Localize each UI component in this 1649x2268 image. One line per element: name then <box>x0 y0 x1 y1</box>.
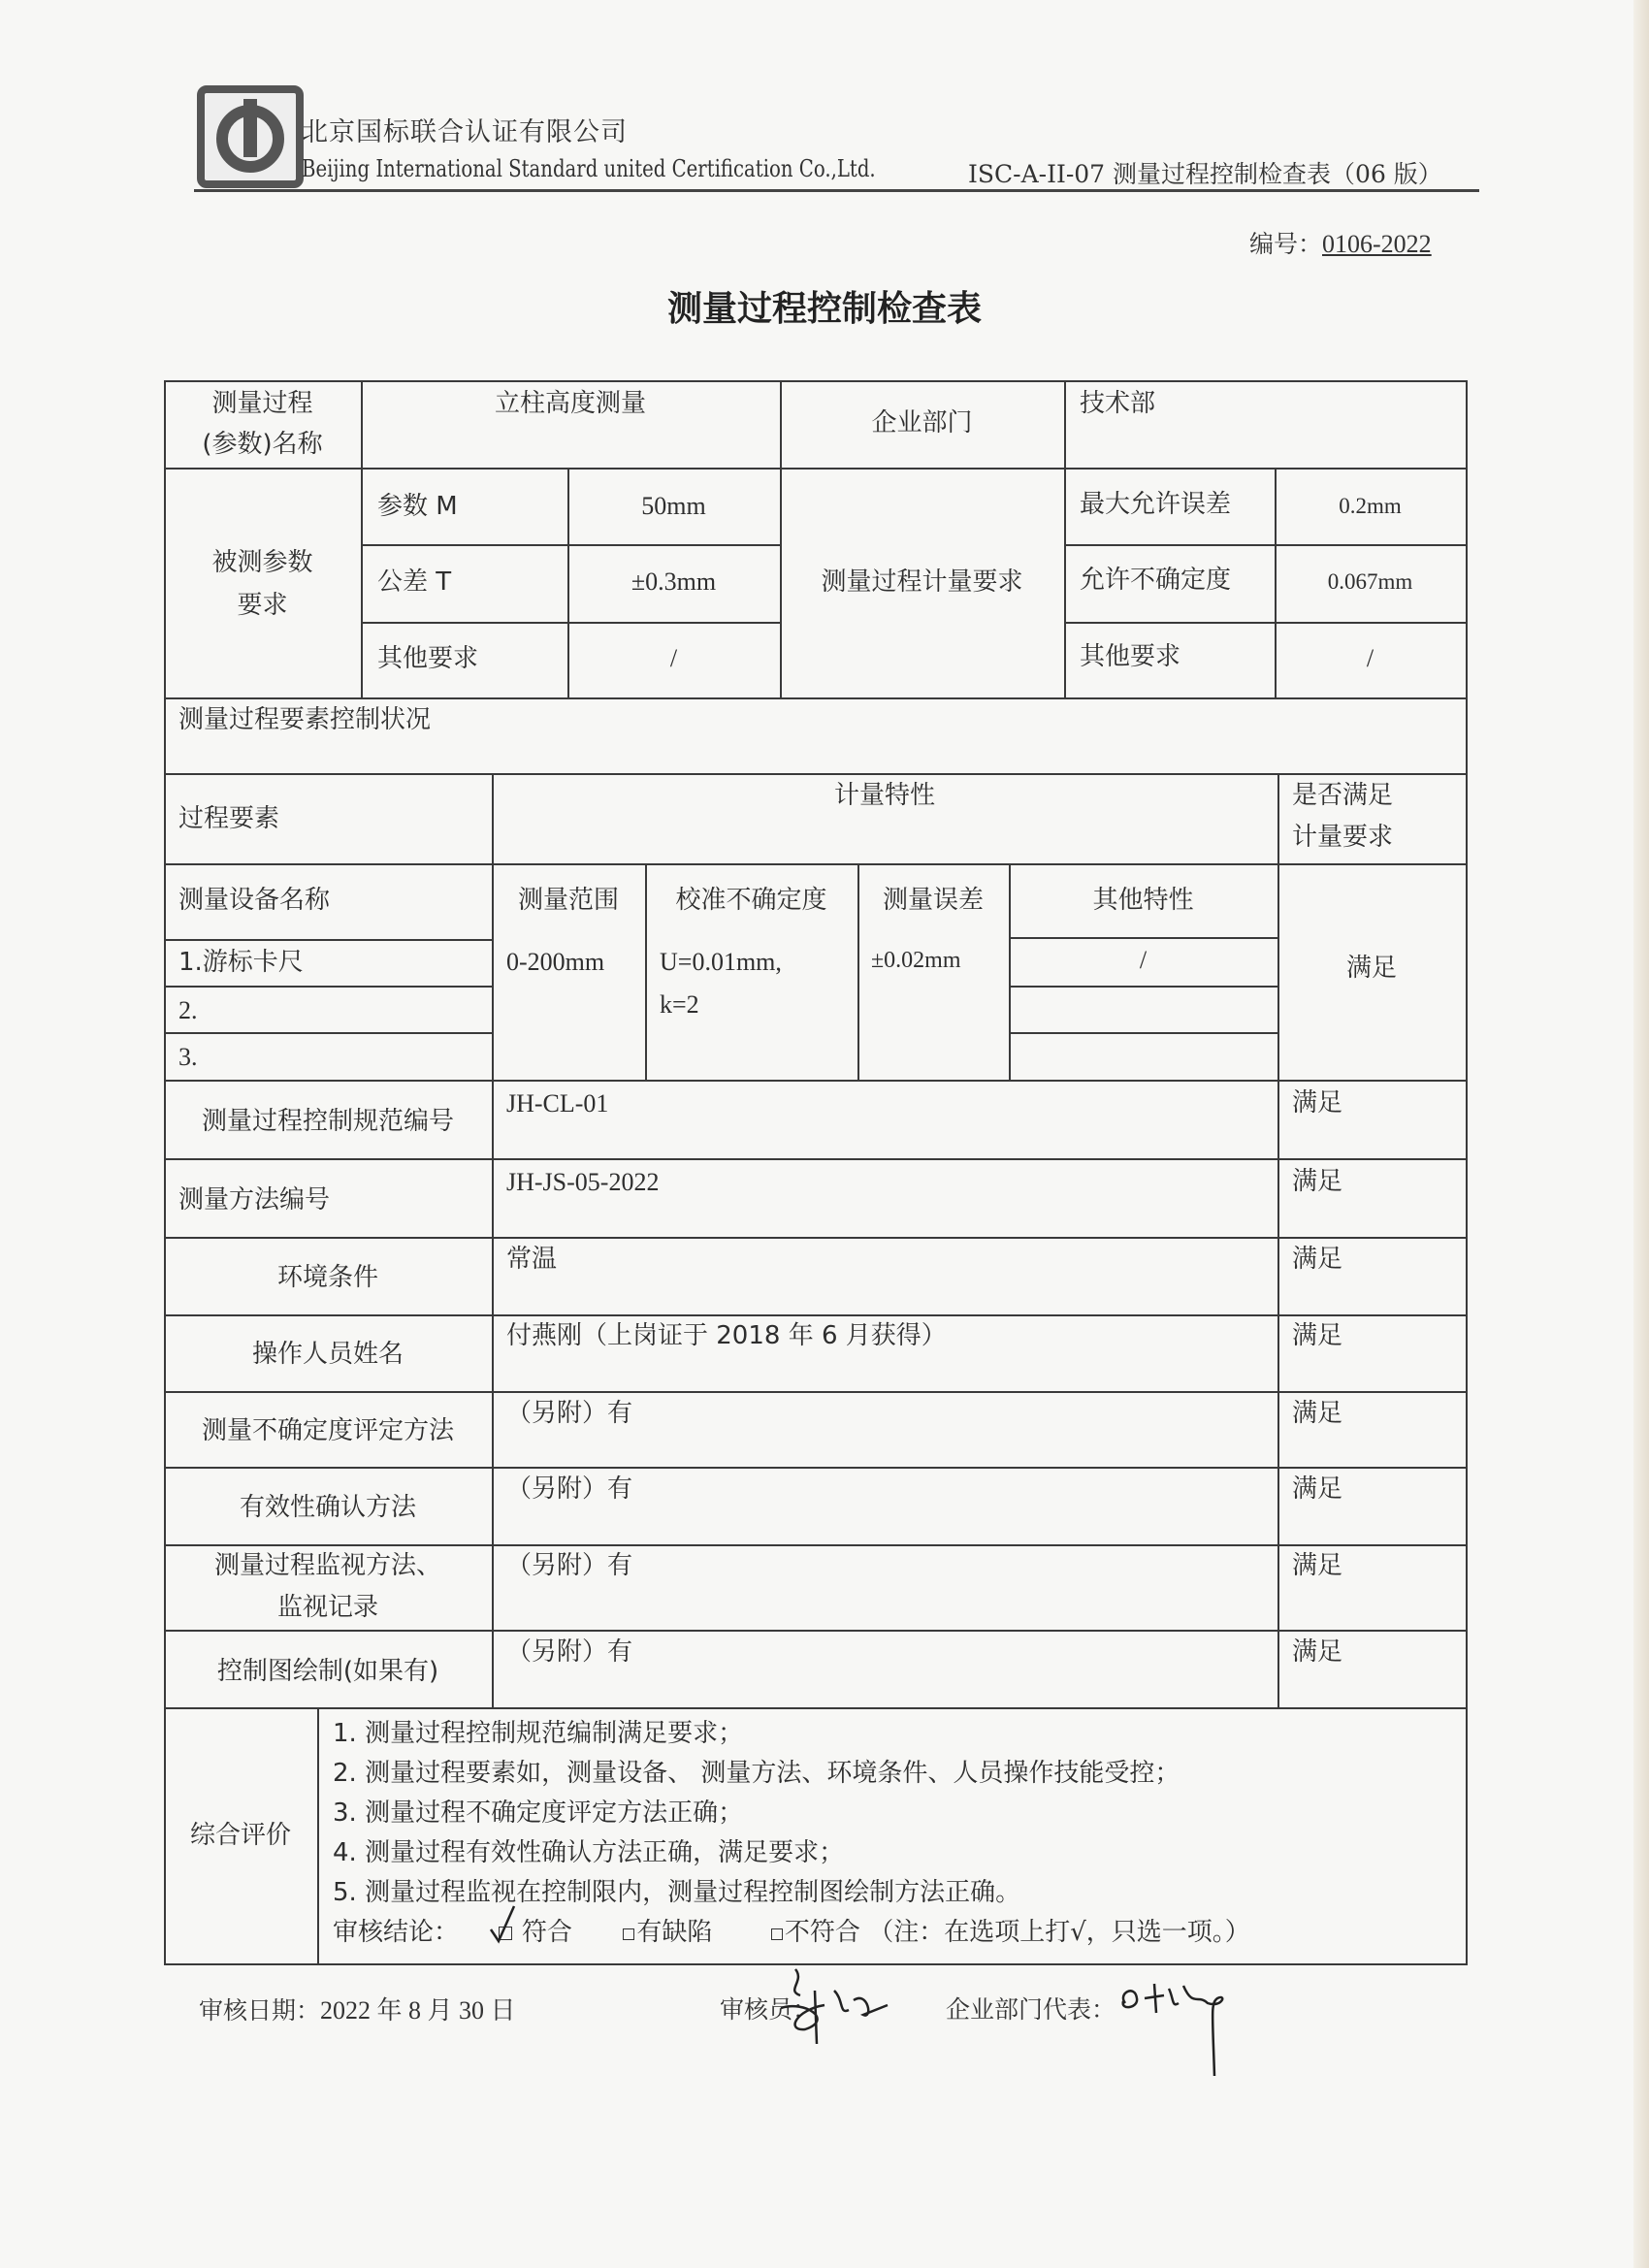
option-conform[interactable]: 符合 <box>499 1918 581 1947</box>
equipment-uncert-1: U=0.01mm, <box>660 943 782 982</box>
row-value: （另附）有 <box>506 1546 632 1585</box>
tolerance-label: 公差 T <box>377 563 451 601</box>
allowed-uncert-label: 允许不确定度 <box>1080 561 1231 599</box>
max-error-value: 0.2mm <box>1275 487 1466 526</box>
audit-date-label: 审核日期： <box>199 1996 320 2025</box>
audit-date: 审核日期：2022 年 8 月 30 日 <box>199 1991 516 2026</box>
doc-no-value: 0106-2022 <box>1322 230 1432 258</box>
option-nonconform[interactable]: 不符合 <box>771 1918 868 1947</box>
equipment-name: 2. <box>178 991 198 1030</box>
checkbox-icon[interactable] <box>771 1928 783 1940</box>
row-value: （另附）有 <box>506 1394 632 1433</box>
selection-note: （注：在选项上打√，只选一项。） <box>868 1918 1250 1947</box>
row-result: 满足 <box>1292 1240 1342 1279</box>
row-result: 满足 <box>1292 1162 1342 1201</box>
checkbox-icon[interactable] <box>623 1928 634 1940</box>
evaluation-item: 3. 测量过程不确定度评定方法正确； <box>333 1794 743 1832</box>
other-req2-value: / <box>1275 639 1466 678</box>
header-divider <box>194 189 1479 192</box>
page-title: 测量过程控制检查表 <box>0 281 1649 331</box>
row-result: 满足 <box>1292 1633 1342 1671</box>
process-name-label-2: (参数)名称 <box>164 425 361 464</box>
company-name-en: Beijing International Standard united Ce… <box>302 155 876 182</box>
dept-value: 技术部 <box>1080 384 1155 423</box>
auditor-signature-icon <box>776 1961 902 2049</box>
param-m-value: 50mm <box>567 487 780 526</box>
col-error: 测量误差 <box>857 881 1009 920</box>
tolerance-value: ±0.3mm <box>567 563 780 601</box>
process-name-value: 立柱高度测量 <box>361 384 780 423</box>
equipment-range: 0-200mm <box>506 943 604 982</box>
measured-param-label-2: 要求 <box>164 586 361 625</box>
row-value: 付燕刚（上岗证于 2018 年 6 月获得） <box>506 1316 947 1355</box>
col-calib-uncert: 校准不确定度 <box>645 881 857 920</box>
row-result: 满足 <box>1292 1084 1342 1122</box>
evaluation-item: 1. 测量过程控制规范编制满足要求； <box>333 1714 743 1753</box>
equipment-result: 满足 <box>1277 949 1466 988</box>
other-req-label: 其他要求 <box>377 639 478 678</box>
row-result: 满足 <box>1292 1316 1342 1355</box>
row-value: JH-CL-01 <box>506 1085 608 1123</box>
equipment-name: 1.游标卡尺 <box>178 943 304 982</box>
company-name-cn: 北京国标联合认证有限公司 <box>302 111 628 148</box>
row-label: 测量方法编号 <box>178 1181 330 1219</box>
process-element-label: 过程要素 <box>178 799 279 838</box>
document-number: 编号：0106-2022 <box>1249 225 1432 260</box>
control-status-section-label: 测量过程要素控制状况 <box>178 700 431 739</box>
row-value: （另附）有 <box>506 1633 632 1671</box>
equipment-other: / <box>1009 941 1277 980</box>
measured-param-label-1: 被测参数 <box>164 543 361 582</box>
row-label: 控制图绘制(如果有) <box>164 1652 492 1691</box>
scan-edge <box>1633 0 1649 2268</box>
evaluation-label: 综合评价 <box>164 1816 317 1855</box>
col-other: 其他特性 <box>1009 881 1277 920</box>
equipment-name: 3. <box>178 1038 198 1077</box>
conclusion-label: 审核结论： <box>333 1918 459 1947</box>
col-range: 测量范围 <box>492 881 645 920</box>
conclusion-row: 审核结论： 符合 有缺陷 不符合 （注：在选项上打√，只选一项。） <box>333 1913 1250 1952</box>
company-logo-icon <box>197 85 304 188</box>
evaluation-item: 2. 测量过程要素如，测量设备、 测量方法、环境条件、人员操作技能受控； <box>333 1754 1180 1793</box>
dept-label: 企业部门 <box>780 404 1064 442</box>
max-error-label: 最大允许误差 <box>1080 485 1231 524</box>
other-req2-label: 其他要求 <box>1080 637 1180 676</box>
row-label: 测量不确定度评定方法 <box>164 1411 492 1450</box>
row-value: （另附）有 <box>506 1470 632 1508</box>
checkmark-icon <box>489 1904 518 1945</box>
form-code: ISC-A-II-07 测量过程控制检查表（06 版） <box>968 155 1442 190</box>
row-label-1: 测量过程监视方法、 <box>164 1546 492 1585</box>
row-label: 有效性确认方法 <box>164 1488 492 1527</box>
equipment-error: ±0.02mm <box>871 941 961 980</box>
col-equipment-name: 测量设备名称 <box>178 881 330 920</box>
row-value: 常温 <box>506 1240 557 1279</box>
option-defect[interactable]: 有缺陷 <box>623 1918 720 1947</box>
row-result: 满足 <box>1292 1470 1342 1508</box>
param-m-label: 参数 M <box>377 487 458 526</box>
row-result: 满足 <box>1292 1546 1342 1585</box>
meets-label-2: 计量要求 <box>1292 818 1393 857</box>
process-name-label-1: 测量过程 <box>164 384 361 423</box>
evaluation-item: 5. 测量过程监视在控制限内，测量过程控制图绘制方法正确。 <box>333 1873 1020 1912</box>
equipment-uncert-2: k=2 <box>660 986 699 1024</box>
row-label: 测量过程控制规范编号 <box>164 1102 492 1141</box>
row-label: 操作人员姓名 <box>164 1335 492 1374</box>
other-req-value: / <box>567 639 780 678</box>
dept-rep-label: 企业部门代表： <box>946 1991 1115 2025</box>
row-value: JH-JS-05-2022 <box>506 1163 659 1202</box>
audit-date-value: 2022 年 8 月 30 日 <box>320 1996 516 2025</box>
dept-rep-signature-icon <box>1115 1974 1251 2081</box>
row-label-2: 监视记录 <box>164 1588 492 1627</box>
evaluation-item: 4. 测量过程有效性确认方法正确，满足要求； <box>333 1833 844 1872</box>
row-label: 环境条件 <box>164 1258 492 1297</box>
metrology-char-label: 计量特性 <box>492 776 1277 815</box>
allowed-uncert-value: 0.067mm <box>1275 563 1466 601</box>
doc-no-label: 编号： <box>1249 230 1322 258</box>
metrology-req-label: 测量过程计量要求 <box>780 563 1064 601</box>
meets-label-1: 是否满足 <box>1292 776 1393 815</box>
row-result: 满足 <box>1292 1394 1342 1433</box>
